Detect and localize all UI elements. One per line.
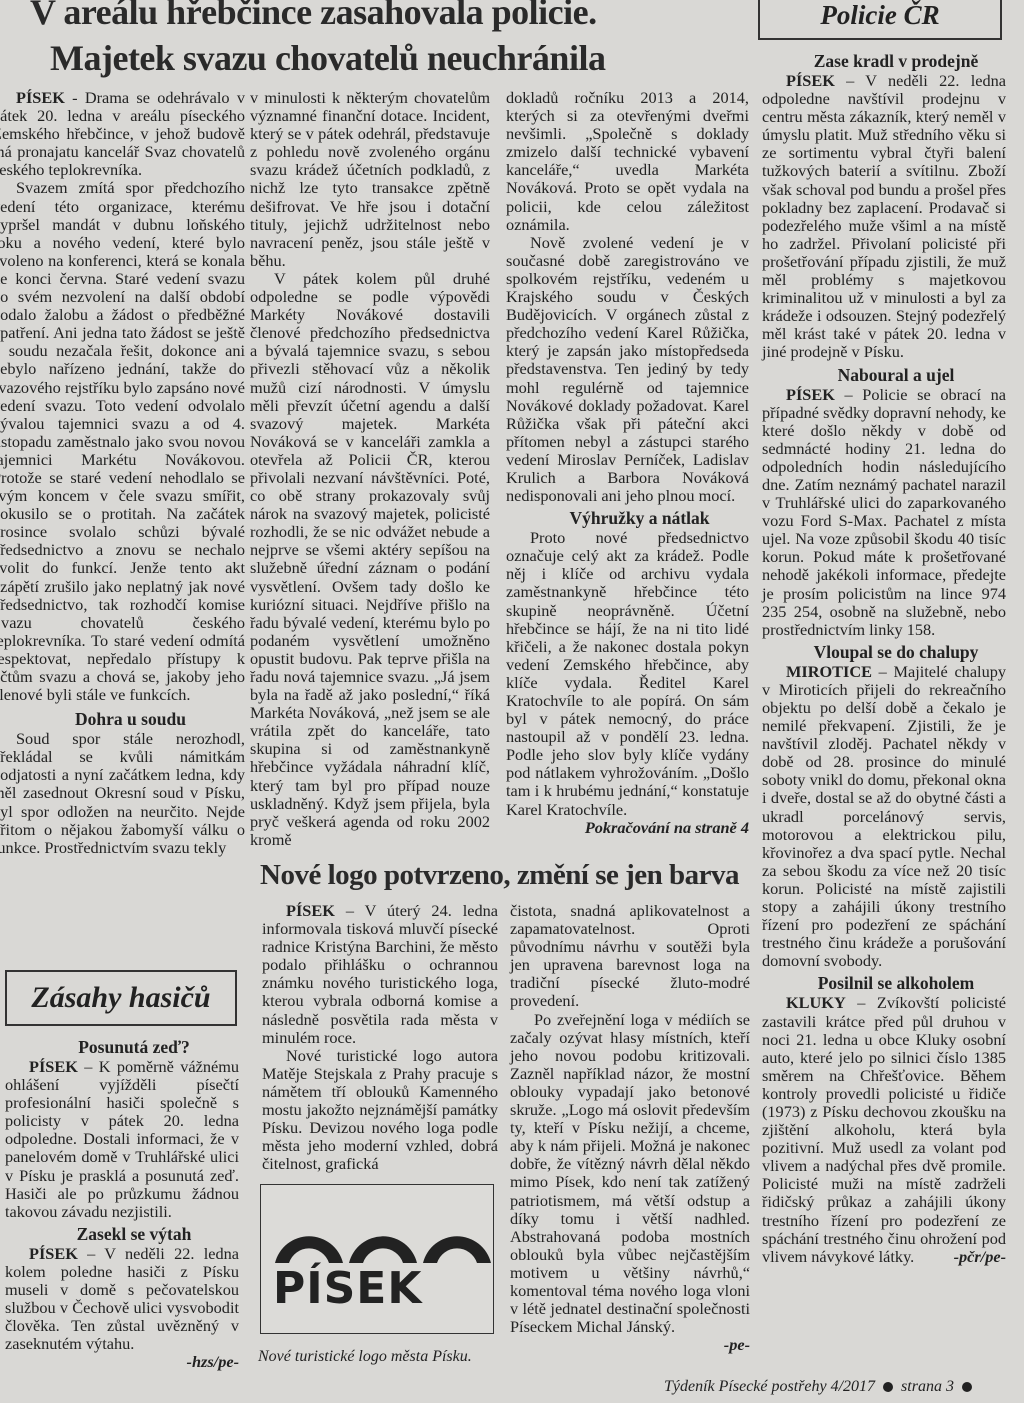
dateline: PÍSEK	[786, 385, 835, 404]
paragraph: v minulosti k některým chovatelům význam…	[250, 89, 490, 270]
dateline: MIROTICE	[786, 662, 872, 681]
paragraph: Svazem zmítá spor předchozího vedení tét…	[0, 179, 245, 704]
paragraph: dokladů ročníku 2013 a 2014, kterých si …	[506, 89, 749, 234]
signature: -hzs/pe-	[5, 1353, 239, 1371]
paragraph: – V neděli 22. ledna odpoledne navštívil…	[762, 71, 1006, 361]
pisek-logo-image: PÍSEK	[260, 1184, 494, 1334]
logo-caption: Nové turistické logo města Písku.	[258, 1348, 472, 1366]
paragraph: – Majitelé chalupy v Miroticích přijeli …	[762, 662, 1006, 971]
continued-link[interactable]: Pokračování na straně 4	[506, 819, 749, 837]
paragraph: Nové turistické logo autora Matěje Stejs…	[262, 1047, 498, 1174]
main-headline-line1: V areálu hřebčince zasahovala policie.	[30, 0, 597, 32]
subheading: Zasekl se výtah	[5, 1223, 239, 1245]
subheading: Naboural a ujel	[762, 364, 1006, 386]
dateline: PÍSEK	[29, 1057, 78, 1076]
bullet-icon	[962, 1382, 972, 1392]
firefighters-section-title: Zásahy hasičů	[31, 981, 210, 1014]
firefighters-section-header: Zásahy hasičů	[5, 970, 237, 1026]
paragraph: Nově zvolené vedení je v současné době z…	[506, 234, 749, 505]
firefighters-column: Posunutá zeď? PÍSEK – K poměrně vážnému …	[5, 1036, 239, 1372]
subheading: Posilnil se alkoholem	[762, 972, 1006, 994]
dateline: KLUKY	[786, 993, 846, 1012]
main-article-col2: v minulosti k některým chovatelům význam…	[250, 89, 490, 849]
main-headline-line2: Majetek svazu chovatelů neuchránila	[50, 38, 605, 78]
main-article-col1: PÍSEK - Drama se odehrávalo v pátek 20. …	[0, 89, 245, 857]
logo-article-headline: Nové logo potvrzeno, změní se jen barva	[260, 858, 739, 892]
police-section-title: Policie ČR	[820, 0, 939, 30]
subheading: Posunutá zeď?	[5, 1036, 239, 1058]
paragraph: Po zveřejnění loga v médiích se začaly o…	[510, 1011, 750, 1337]
police-section-header: Policie ČR	[758, 0, 1002, 40]
logo-article-col2: čistota, snadná aplikovatelnost a zapama…	[510, 902, 750, 1354]
paragraph: V pátek kolem půl druhé odpoledne se pod…	[250, 270, 490, 849]
page-number: strana 3	[901, 1378, 954, 1395]
paragraph: – Zvíkovští policisté zastavili krátce p…	[762, 993, 1006, 1265]
subheading: Dohra u soudu	[0, 708, 245, 730]
dateline: PÍSEK	[16, 88, 65, 107]
subheading: Zase kradl v prodejně	[762, 50, 1006, 72]
paragraph: Soud spor stále nerozhodl, překládal se …	[0, 730, 245, 857]
police-column: Zase kradl v prodejně PÍSEK – V neděli 2…	[762, 50, 1006, 1266]
subheading: Vloupal se do chalupy	[762, 641, 1006, 663]
bullet-icon	[883, 1382, 893, 1392]
paragraph: – V úterý 24. ledna informovala tisková …	[262, 901, 498, 1047]
paragraph: – K poměrně vážnému ohlášení vyjížděli p…	[5, 1057, 239, 1221]
publication-name: Týdeník Písecké postřehy 4/2017	[664, 1378, 875, 1395]
main-article-col3: dokladů ročníku 2013 a 2014, kterých si …	[506, 89, 749, 837]
dateline: PÍSEK	[786, 71, 835, 90]
logo-wordmark: PÍSEK	[273, 1263, 422, 1314]
logo-article-col1: PÍSEK – V úterý 24. ledna informovala ti…	[262, 902, 498, 1173]
signature: -pe-	[510, 1336, 750, 1354]
paragraph: – Policie se obrací na případné svědky d…	[762, 385, 1006, 639]
page-footer: Týdeník Písecké postřehy 4/2017 strana 3	[664, 1378, 976, 1396]
subheading: Výhružky a nátlak	[506, 507, 749, 529]
newspaper-page: V areálu hřebčince zasahovala policie. M…	[0, 0, 1024, 1403]
paragraph: Proto nové předsednictvo označuje celý a…	[506, 529, 749, 819]
paragraph: čistota, snadná aplikovatelnost a zapama…	[510, 902, 750, 1011]
dateline: PÍSEK	[29, 1244, 78, 1263]
dateline: PÍSEK	[286, 901, 335, 920]
